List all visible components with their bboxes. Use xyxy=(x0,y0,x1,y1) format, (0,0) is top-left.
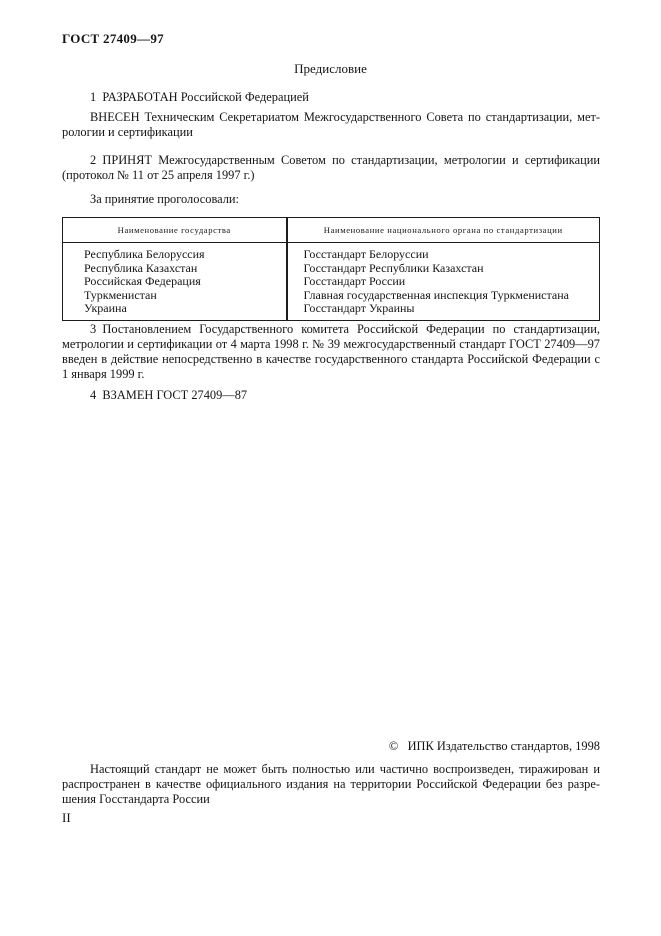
org-name-cell: Госстандарт Республики Казахстан xyxy=(287,262,600,276)
org-name-cell: Главная государственная инспекция Туркме… xyxy=(287,289,600,303)
col-header-org: Наименование национального органа по ста… xyxy=(287,218,600,243)
state-name-cell: Украина xyxy=(63,302,287,320)
voting-intro: За принятие проголосовали: xyxy=(62,192,600,207)
table-row: Украина Госстандарт Украины xyxy=(63,302,600,320)
restriction-note: Настоящий стандарт не может быть полност… xyxy=(62,762,600,807)
paragraph-accepted: 2 ПРИНЯТ Межгосударственным Советом по с… xyxy=(62,153,600,183)
col-header-state: Наименование государства xyxy=(63,218,287,243)
org-name-cell: Госстандарт России xyxy=(287,275,600,289)
paragraph-replaces: 4 ВЗАМЕН ГОСТ 27409—87 xyxy=(62,388,600,403)
voting-table: Наименование государства Наименование на… xyxy=(62,217,600,321)
document-page: ГОСТ 27409—97 Предисловие 1 РАЗРАБОТАН Р… xyxy=(0,0,661,936)
copyright-line: © ИПК Издательство стандартов, 1998 xyxy=(62,739,600,754)
table-row: Туркменистан Главная государственная инс… xyxy=(63,289,600,303)
paragraph-submitted: ВНЕСЕН Техническим Секретариатом Межгосу… xyxy=(62,110,600,140)
table-header-row: Наименование государства Наименование на… xyxy=(63,218,600,243)
state-name-cell: Республика Белоруссия xyxy=(63,243,287,262)
state-name-cell: Республика Казахстан xyxy=(63,262,287,276)
table-row: Республика Белоруссия Госстандарт Белору… xyxy=(63,243,600,262)
org-name-cell: Госстандарт Украины xyxy=(287,302,600,320)
org-name-cell: Госстандарт Белоруссии xyxy=(287,243,600,262)
page-number: II xyxy=(62,810,71,826)
paragraph-enacted: 3 Постановлением Государственного комите… xyxy=(62,322,600,382)
paragraph-developed: 1 РАЗРАБОТАН Российской Федерацией xyxy=(62,90,600,105)
state-name-cell: Российская Федерация xyxy=(63,275,287,289)
section-title: Предисловие xyxy=(0,61,661,77)
standard-code: ГОСТ 27409—97 xyxy=(62,31,164,47)
state-name-cell: Туркменистан xyxy=(63,289,287,303)
table-row: Российская Федерация Госстандарт России xyxy=(63,275,600,289)
table-row: Республика Казахстан Госстандарт Республ… xyxy=(63,262,600,276)
